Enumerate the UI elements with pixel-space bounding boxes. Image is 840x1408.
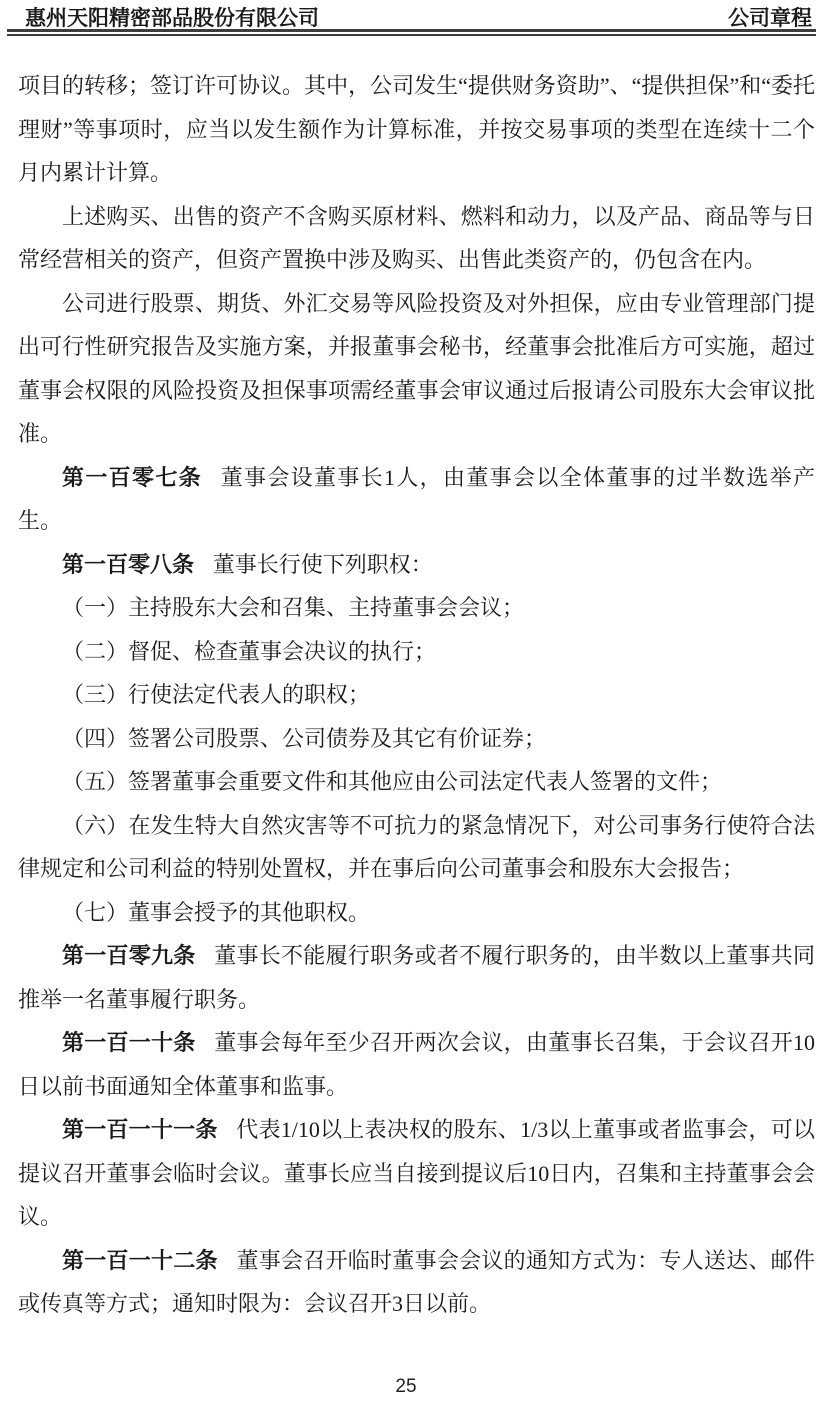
article-108-number: 第一百零八条	[62, 552, 194, 577]
paragraph-continued: 项目的转移；签订许可协议。其中，公司发生“提供财务资助”、“提供担保”和“委托理…	[18, 64, 815, 195]
paragraph-assets: 上述购买、出售的资产不含购买原材料、燃料和动力，以及产品、商品等与日常经营相关的…	[18, 195, 815, 282]
article-110: 第一百一十条董事会每年至少召开两次会议，由董事长召集，于会议召开10日以前书面通…	[18, 1021, 815, 1108]
article-109: 第一百零九条董事长不能履行职务或者不履行职务的，由半数以上董事共同推举一名董事履…	[18, 934, 815, 1021]
list-item-7: （七）董事会授予的其他职权。	[18, 891, 815, 935]
article-111-number: 第一百一十一条	[62, 1117, 218, 1142]
article-108: 第一百零八条董事长行使下列职权：	[18, 543, 815, 587]
paragraph-risk-investment: 公司进行股票、期货、外汇交易等风险投资及对外担保，应由专业管理部门提出可行性研究…	[18, 282, 815, 456]
page-header: 惠州天阳精密部品股份有限公司 公司章程	[25, 6, 812, 31]
header-divider	[7, 29, 816, 36]
header-company-name: 惠州天阳精密部品股份有限公司	[25, 6, 319, 31]
document-page: 惠州天阳精密部品股份有限公司 公司章程 项目的转移；签订许可协议。其中，公司发生…	[0, 0, 840, 1408]
list-item-2: （二）督促、检查董事会决议的执行；	[18, 630, 815, 674]
article-112-number: 第一百一十二条	[62, 1248, 218, 1273]
article-107: 第一百零七条董事会设董事长1人，由董事会以全体董事的过半数选举产生。	[18, 456, 815, 543]
list-item-6: （六）在发生特大自然灾害等不可抗力的紧急情况下，对公司事务行使符合法律规定和公司…	[18, 804, 815, 891]
article-111: 第一百一十一条代表1/10以上表决权的股东、1/3以上董事或者监事会，可以提议召…	[18, 1108, 815, 1239]
article-110-number: 第一百一十条	[62, 1030, 196, 1055]
list-item-4: （四）签署公司股票、公司债券及其它有价证券；	[18, 717, 815, 761]
article-109-number: 第一百零九条	[62, 943, 196, 968]
header-doc-title: 公司章程	[728, 6, 812, 31]
document-body: 项目的转移；签订许可协议。其中，公司发生“提供财务资助”、“提供担保”和“委托理…	[18, 64, 815, 1326]
list-item-3: （三）行使法定代表人的职权；	[18, 673, 815, 717]
article-108-text: 董事长行使下列职权：	[213, 552, 433, 577]
list-item-1: （一）主持股东大会和召集、主持董事会会议；	[18, 586, 815, 630]
article-112: 第一百一十二条董事会召开临时董事会会议的通知方式为：专人送达、邮件或传真等方式；…	[18, 1239, 815, 1326]
article-107-number: 第一百零七条	[62, 465, 202, 490]
list-item-5: （五）签署董事会重要文件和其他应由公司法定代表人签署的文件；	[18, 760, 815, 804]
page-number: 25	[0, 1376, 812, 1398]
